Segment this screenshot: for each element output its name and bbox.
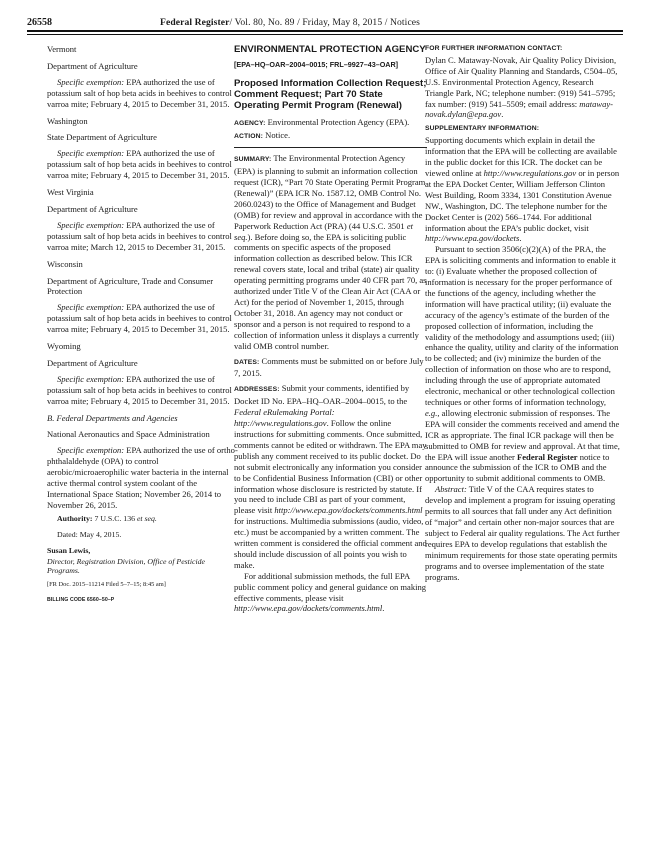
header-title: Federal Register/ Vol. 80, No. 89 / Frid… — [160, 17, 420, 28]
action-label: ACTION: — [234, 133, 263, 140]
epa-dockets-link[interactable]: http://www.epa.gov/dockets — [425, 233, 519, 243]
punctuation: . — [501, 109, 503, 119]
summary-paragraph: SUMMARY: The Environmental Protection Ag… — [234, 153, 427, 351]
authority-label: Authority: — [57, 514, 93, 523]
summary-label: SUMMARY: — [234, 156, 271, 163]
additional-methods-paragraph: For additional submission methods, the f… — [234, 571, 427, 615]
section-divider — [234, 147, 427, 148]
fr-doc-line: [FR Doc. 2015–11214 Filed 5–7–15; 8:45 a… — [47, 580, 239, 591]
state-heading: Wyoming — [47, 341, 239, 352]
signer-title: Director, Registration Division, Office … — [47, 557, 239, 577]
action-line: ACTION: Notice. — [234, 130, 427, 143]
supplementary-label: SUPPLEMENTARY INFORMATION: — [425, 124, 620, 135]
signer-name: Susan Lewis, — [47, 546, 239, 557]
header-rule-thin — [27, 34, 623, 35]
agency-heading: State Department of Agriculture — [47, 132, 239, 143]
epa-comments-link-2[interactable]: http://www.epa.gov/dockets/comments.html — [234, 603, 382, 613]
exemption-label: Specific exemption: — [57, 445, 124, 455]
exemption-paragraph: Specific exemption: EPA authorized the u… — [47, 148, 239, 181]
abstract-text: Title V of the CAA requires states to de… — [425, 484, 620, 581]
header-rule-thick — [27, 30, 623, 32]
summary-text: The Environmental Protection Agency (EPA… — [234, 153, 425, 230]
eg-abbrev: e.g. — [425, 408, 437, 418]
billing-code: BILLING CODE 6560–50–P — [47, 595, 239, 606]
agency-heading: Department of Agriculture — [47, 204, 239, 215]
abstract-paragraph: Abstract: Title V of the CAA requires st… — [425, 484, 620, 582]
supplementary-paragraph: Supporting documents which explain in de… — [425, 135, 620, 244]
exemption-paragraph: Specific exemption: EPA authorized the u… — [47, 302, 239, 335]
exemption-label: Specific exemption: — [57, 220, 124, 230]
addresses-text-cont: . Follow the online instructions for sub… — [234, 418, 427, 515]
agency-heading: Department of Agriculture — [47, 61, 239, 72]
addresses-label: ADDRESSES: — [234, 386, 280, 393]
exemption-label: Specific exemption: — [57, 302, 124, 312]
section-heading-federal: B. Federal Departments and Agencies — [47, 413, 239, 424]
exemption-paragraph: Specific exemption: EPA authorized the u… — [47, 220, 239, 253]
column-1: Vermont Department of Agriculture Specif… — [47, 44, 239, 606]
authority-etseq: et seq. — [137, 514, 157, 523]
dates-paragraph: DATES: Comments must be submitted on or … — [234, 356, 427, 380]
agency-label: AGENCY: — [234, 120, 266, 127]
dates-text: Comments must be submitted on or before … — [234, 356, 424, 379]
regulations-gov-link[interactable]: http://www.regulations.gov — [484, 168, 577, 178]
publication-name: Federal Register — [160, 17, 230, 28]
agency-text: Environmental Protection Agency (EPA). — [266, 117, 410, 127]
page-number: 26558 — [27, 17, 52, 28]
state-heading: Washington — [47, 116, 239, 127]
exemption-paragraph: Specific exemption: EPA authorized the u… — [47, 77, 239, 110]
punctuation: . — [382, 603, 384, 613]
dates-label: DATES: — [234, 359, 259, 366]
agency-title: ENVIRONMENTAL PROTECTION AGENCY — [234, 44, 427, 55]
addresses-text-end: for instructions. Multimedia submissions… — [234, 516, 427, 570]
issue-info: / Vol. 80, No. 89 / Friday, May 8, 2015 … — [230, 17, 420, 28]
agency-heading: Department of Agriculture, Trade and Con… — [47, 276, 239, 298]
agency-heading: National Aeronautics and Space Administr… — [47, 429, 239, 440]
dated-line: Dated: May 4, 2015. — [57, 530, 239, 541]
agency-line: AGENCY: Environmental Protection Agency … — [234, 117, 427, 130]
regulations-gov-link[interactable]: Federal eRulemaking Portal: http://www.r… — [234, 407, 335, 428]
column-2: ENVIRONMENTAL PROTECTION AGENCY [EPA–HQ–… — [234, 44, 427, 614]
additional-text: For additional submission methods, the f… — [234, 571, 426, 603]
pursuant-paragraph: Pursuant to section 3506(c)(2)(A) of the… — [425, 244, 620, 484]
addresses-paragraph: ADDRESSES: Submit your comments, identif… — [234, 383, 427, 570]
authority-line: Authority: 7 U.S.C. 136 et seq. — [57, 514, 239, 525]
docket-number: [EPA–HQ–OAR–2004–0015; FRL–9927–43–OAR] — [234, 60, 427, 70]
epa-comments-link[interactable]: http://www.epa.gov/dockets/comments.html — [274, 505, 422, 515]
state-heading: Wisconsin — [47, 259, 239, 270]
punctuation: . — [519, 233, 521, 243]
contact-label: FOR FURTHER INFORMATION CONTACT: — [425, 44, 620, 55]
exemption-label: Specific exemption: — [57, 374, 124, 384]
state-heading: West Virginia — [47, 187, 239, 198]
agency-heading: Department of Agriculture — [47, 358, 239, 369]
exemption-label: Specific exemption: — [57, 148, 124, 158]
exemption-paragraph: Specific exemption: EPA authorized the u… — [47, 374, 239, 407]
pursuant-text: Pursuant to section 3506(c)(2)(A) of the… — [425, 244, 618, 407]
summary-text-cont: ). Before doing so, the EPA is solicitin… — [234, 232, 427, 351]
federal-register-ref: Federal Register — [517, 452, 578, 462]
exemption-paragraph: Specific exemption: EPA authorized the u… — [47, 445, 239, 510]
notice-subject: Proposed Information Collection Request;… — [234, 78, 427, 112]
column-3: FOR FURTHER INFORMATION CONTACT: Dylan C… — [425, 44, 620, 582]
abstract-label: Abstract: — [435, 484, 467, 494]
action-text: Notice. — [263, 130, 290, 140]
state-heading: Vermont — [47, 44, 239, 55]
authority-text: 7 U.S.C. 136 — [93, 514, 137, 523]
exemption-label: Specific exemption: — [57, 77, 124, 87]
contact-paragraph: Dylan C. Mataway-Novak, Air Quality Poli… — [425, 55, 620, 120]
